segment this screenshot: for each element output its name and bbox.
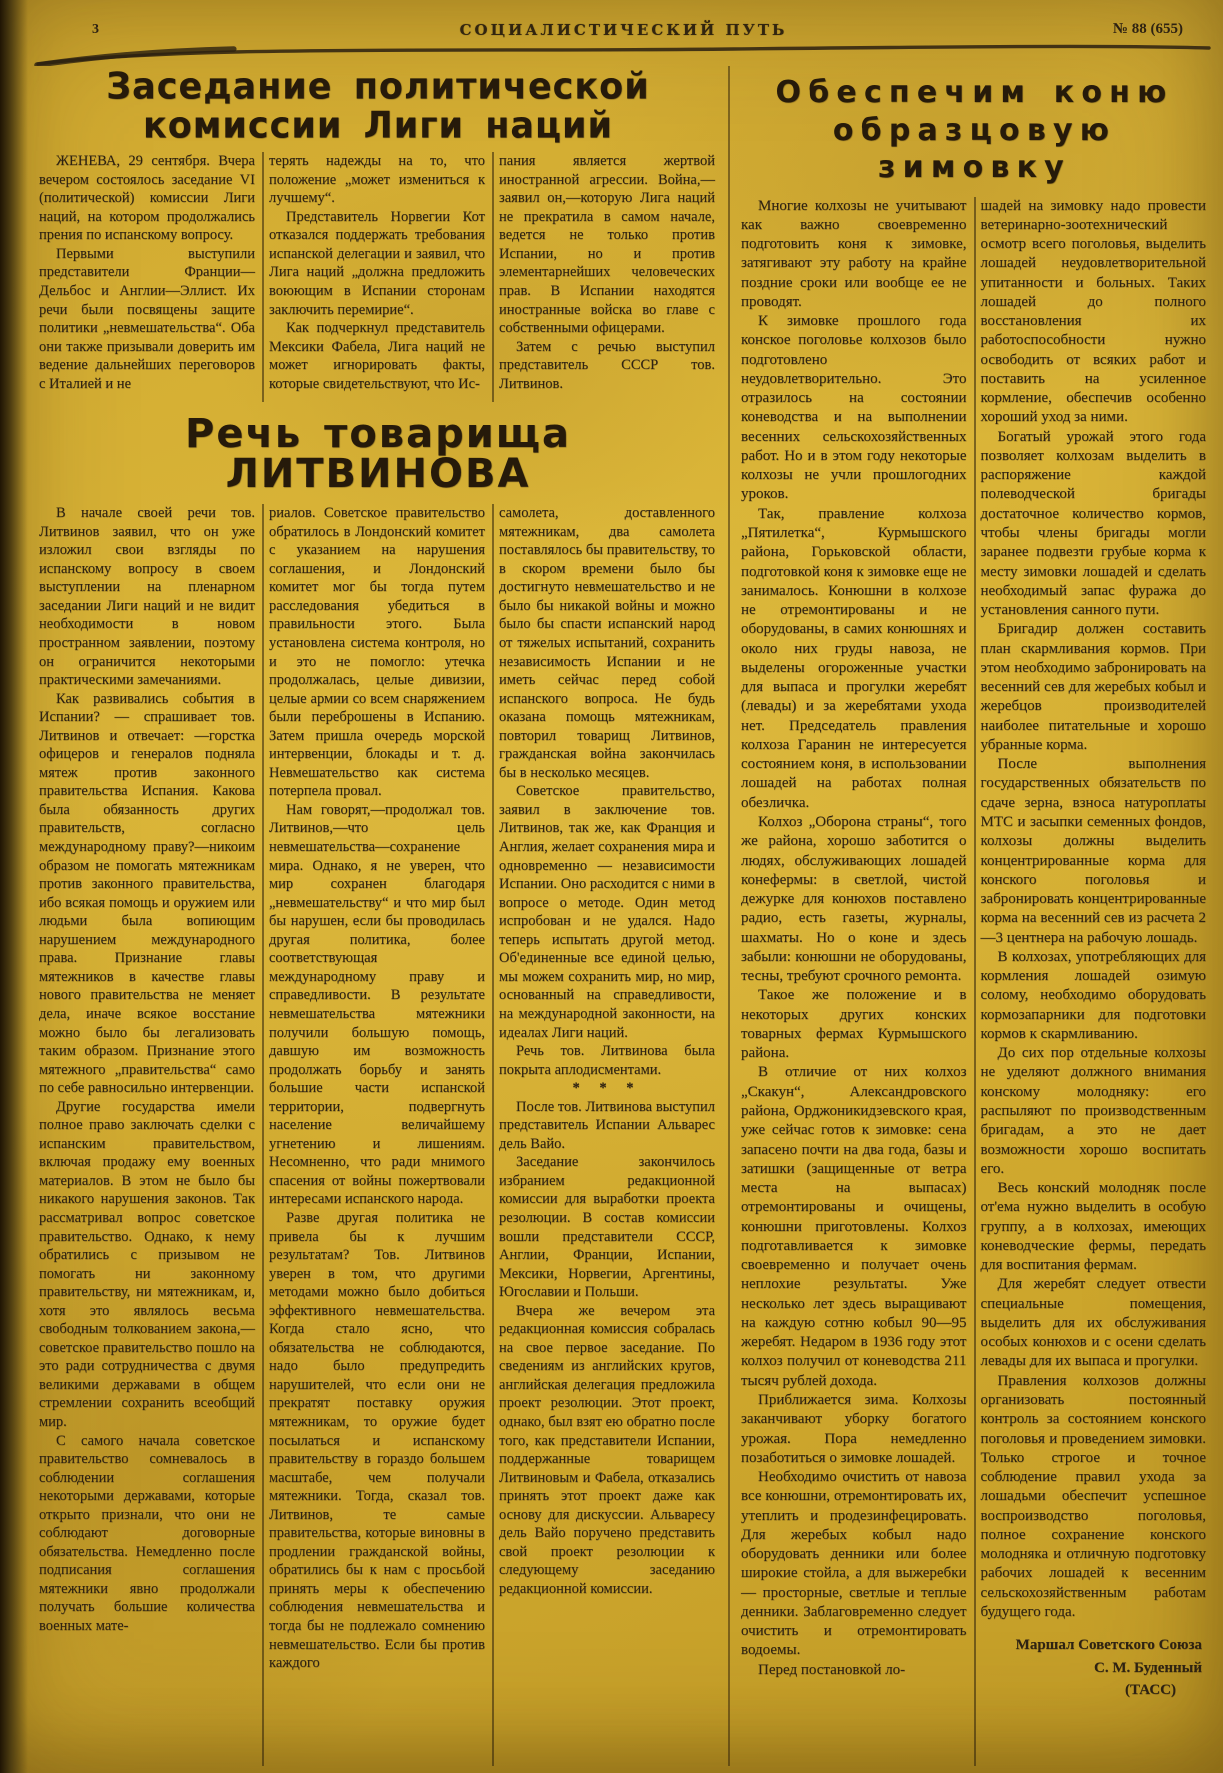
paragraph: Нам говорят,—продолжал тов. Литвинов,—чт… (269, 801, 485, 1209)
text-column: пания является жертвой иностранной агрес… (492, 152, 722, 402)
paragraph: Речь тов. Литвинова была покрыта аплодис… (499, 1042, 715, 1079)
signature-title: Маршал Советского Союза (981, 1634, 1203, 1657)
paragraph: Богатый урожай этого года позволяет колх… (981, 428, 1207, 621)
headline-line-1: Заседание политической (34, 68, 722, 107)
text-column: Многие колхозы не учитывают как важно св… (736, 197, 974, 1767)
headline-line-2: комиссии Лиги наций (34, 107, 722, 146)
league-article-columns: ЖЕНЕВА, 29 сентября. Вчера вечером состо… (34, 152, 722, 402)
paragraph: Такое же положение и в некоторых других … (741, 986, 967, 1063)
litvinov-speech-headline: Речь товарища ЛИТВИНОВА (34, 414, 722, 494)
masthead: 3 СОЦИАЛИСТИЧЕСКИЙ ПУТЬ № 88 (655) (34, 0, 1213, 40)
paragraph: До сих пор отдельные колхозы не уделяют … (981, 1044, 1207, 1179)
book-spine-shadow (0, 0, 28, 1773)
newspaper-page: 3 СОЦИАЛИСТИЧЕСКИЙ ПУТЬ № 88 (655) Засед… (0, 0, 1223, 1773)
article-signature: Маршал Советского Союза С. М. Буденный (… (981, 1634, 1207, 1702)
paragraph: шадей на зимовку надо провести ветеринар… (981, 197, 1207, 428)
paragraph: Представитель Норвегии Кот отказался под… (269, 208, 485, 319)
paragraph: Первыми выступили представители Франции—… (39, 245, 255, 393)
paragraph: В начале своей речи тов. Литвинов заявил… (39, 504, 255, 689)
paragraph: К зимовке прошлого года конское поголовь… (741, 312, 967, 505)
paragraph: * * * (499, 1079, 715, 1098)
paragraph: Перед постановкой ло- (741, 1661, 967, 1680)
paragraph: Многие колхозы не учитывают как важно св… (741, 197, 967, 313)
article-league-session: Заседание политической комиссии Лиги нац… (34, 66, 722, 1766)
paragraph: В отличие от них колхоз „Скакун“, Алекса… (741, 1063, 967, 1391)
paragraph: риалов. Советское правительство обратило… (269, 504, 485, 801)
paragraph: самолета, доставленного мятежникам, два … (499, 504, 715, 782)
column-text: шадей на зимовку надо провести ветеринар… (981, 197, 1207, 1623)
issue-number: № 88 (655) (1113, 21, 1183, 38)
paragraph: После выполнения государственных обязате… (981, 755, 1207, 948)
paragraph: Как подчеркнул представитель Мексики Фаб… (269, 319, 485, 393)
paragraph: пания является жертвой иностранной агрес… (499, 152, 715, 337)
text-column: терять надежды на то, что положение „мож… (262, 152, 492, 402)
paragraph: После тов. Литвинова выступил представит… (499, 1098, 715, 1154)
page-content: 3 СОЦИАЛИСТИЧЕСКИЙ ПУТЬ № 88 (655) Засед… (34, 0, 1213, 1773)
paragraph: Правления колхозов должны организовать п… (981, 1372, 1207, 1622)
paragraph: Необходимо очистить от навоза все конюшн… (741, 1468, 967, 1661)
headline-line-2: образцовую зимовку (736, 112, 1213, 187)
paragraph: Весь конский молодняк после от'ема нужно… (981, 1179, 1207, 1275)
text-column: шадей на зимовку надо провести ветеринар… (974, 197, 1214, 1767)
masthead-rule (34, 40, 1213, 66)
litvinov-speech-columns: В начале своей речи тов. Литвинов заявил… (34, 504, 722, 1766)
horse-article-headline: Обеспечим коню образцовую зимовку (736, 74, 1213, 187)
paragraph: Другие государства имели полное право за… (39, 1098, 255, 1432)
paragraph: Колхоз „Оборона страны“, того же района,… (741, 813, 967, 986)
text-column: В начале своей речи тов. Литвинов заявил… (34, 504, 262, 1766)
article-horse-wintering: Обеспечим коню образцовую зимовку Многие… (728, 66, 1213, 1766)
paragraph: В колхозах, употребляющих для кормления … (981, 948, 1207, 1044)
paragraph: Бригадир должен составить план скармлива… (981, 620, 1207, 755)
paragraph: Для жеребят следует отвести специальные … (981, 1275, 1207, 1371)
page-body: Заседание политической комиссии Лиги нац… (34, 66, 1213, 1766)
paragraph: ЖЕНЕВА, 29 сентября. Вчера вечером состо… (39, 152, 255, 245)
headline-line-1: Обеспечим коню (736, 74, 1213, 112)
paragraph: Приближается зима. Колхозы заканчивают у… (741, 1391, 967, 1468)
paragraph: терять надежды на то, что положение „мож… (269, 152, 485, 208)
league-article-headline: Заседание политической комиссии Лиги нац… (34, 68, 722, 146)
newspaper-title: СОЦИАЛИСТИЧЕСКИЙ ПУТЬ (34, 21, 1213, 39)
paragraph: С самого начала советское правительство … (39, 1432, 255, 1636)
paragraph: Вчера же вечером эта редакционная комисс… (499, 1302, 715, 1599)
paragraph: Заседание закончилось избранием редакцио… (499, 1153, 715, 1301)
paragraph: Как развивались события в Испании? — спр… (39, 690, 255, 1098)
paragraph: Затем с речью выступил представитель ССС… (499, 338, 715, 394)
paragraph: Советское правительство, заявил в заключ… (499, 782, 715, 1042)
signature-name: С. М. Буденный (981, 1657, 1203, 1680)
text-column: самолета, доставленного мятежникам, два … (492, 504, 722, 1766)
paragraph: Разве другая политика не привела бы к лу… (269, 1209, 485, 1673)
paragraph: Так, правление колхоза „Пятилетка“, Курм… (741, 505, 967, 813)
text-column: риалов. Советское правительство обратило… (262, 504, 492, 1766)
horse-article-columns: Многие колхозы не учитывают как важно св… (736, 197, 1213, 1767)
text-column: ЖЕНЕВА, 29 сентября. Вчера вечером состо… (34, 152, 262, 402)
signature-agency: (ТАСС) (981, 1679, 1203, 1702)
